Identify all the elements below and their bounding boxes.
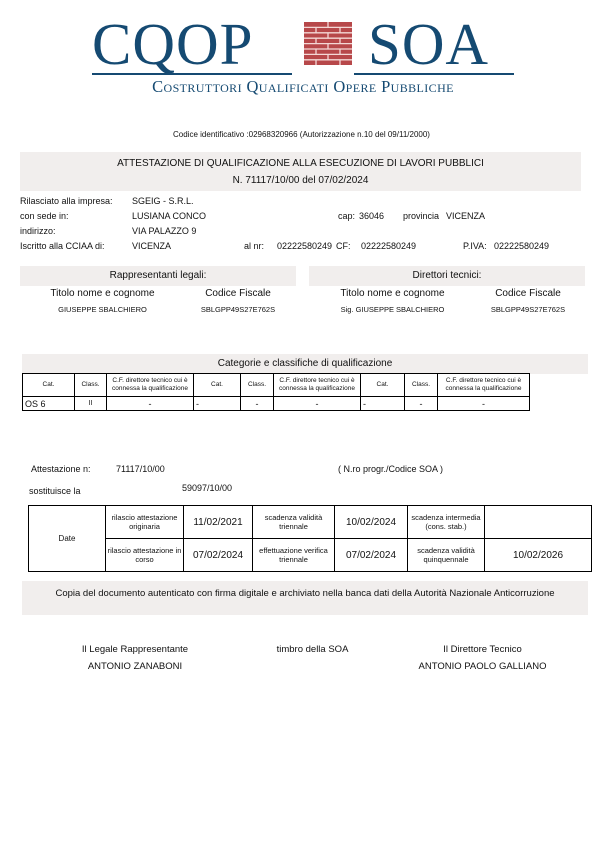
soa-stamp-label: timbro della SOA (250, 644, 375, 655)
logo-subtitle: Costruttori Qualificati Opere Pubbliche (92, 77, 514, 97)
impresa-label: Rilasciato alla impresa: (20, 196, 113, 206)
legal-reps-col-name: Titolo nome e cognome (30, 288, 175, 299)
current-label: rilascio attestazione in corso (106, 539, 184, 572)
sede-value: LUSIANA CONCO (132, 211, 206, 221)
legal-reps-col-cf: Codice Fiscale (188, 288, 288, 299)
col-cf-director: C.F. direttore tecnico cui è connessa la… (107, 374, 194, 397)
current-value: 07/02/2024 (184, 539, 253, 572)
cell-class: - (405, 397, 438, 411)
attestation-progr-label: ( N.ro progr./Codice SOA ) (338, 464, 443, 474)
triennial-check-label: effettuazione verifica triennale (253, 539, 335, 572)
cell-cat: - (361, 397, 405, 411)
cciaa-label: Iscritto alla CCIAA di: (20, 241, 105, 251)
tech-director-name: Sig. GIUSEPPE SBALCHIERO (320, 305, 465, 314)
piva-value: 02222580249 (494, 241, 549, 251)
cell-class: - (241, 397, 274, 411)
legal-rep-signature-title: Il Legale Rappresentante (60, 644, 210, 655)
five-year-label: scadenza validità quinquennale (408, 539, 485, 572)
identification-code: Codice identificativo :02968320966 (Auto… (0, 130, 603, 139)
original-label: rilascio attestazione originaria (106, 506, 184, 539)
legal-rep-cf: SBLGPP49S27E762S (188, 305, 288, 314)
attestation-n-value: 71117/10/00 (116, 464, 165, 474)
col-cf-director: C.F. direttore tecnico cui è connessa la… (438, 374, 530, 397)
provincia-value: VICENZA (446, 211, 485, 221)
col-cat: Cat. (23, 374, 75, 397)
col-cf-director: C.F. direttore tecnico cui è connessa la… (274, 374, 361, 397)
table-row: OS 6 II - - - - - - - (23, 397, 530, 411)
director-signature-name: ANTONIO PAOLO GALLIANO (410, 661, 555, 672)
replaces-value: 59097/10/00 (182, 483, 232, 493)
cell-class: II (75, 397, 107, 411)
sede-label: con sede in: (20, 211, 69, 221)
brick-wall-icon (304, 22, 352, 65)
cf-value: 02222580249 (361, 241, 416, 251)
cf-label: CF: (336, 241, 351, 251)
logo-rule-left (92, 73, 292, 75)
categories-table: Cat. Class. C.F. direttore tecnico cui è… (22, 373, 530, 411)
anac-note: Copia del documento autenticato con firm… (22, 581, 588, 615)
table-row: rilascio attestazione in corso 07/02/202… (29, 539, 592, 572)
cap-label: cap: (338, 211, 355, 221)
triennial-check-value: 07/02/2024 (335, 539, 408, 572)
attestation-n-label: Attestazione n: (31, 464, 91, 474)
tech-directors-col-name: Titolo nome e cognome (320, 288, 465, 299)
indirizzo-value: VIA PALAZZO 9 (132, 226, 196, 236)
legal-reps-heading: Rappresentanti legali: (20, 266, 296, 286)
tech-directors-col-cf: Codice Fiscale (478, 288, 578, 299)
dates-table: Date rilascio attestazione originaria 11… (28, 505, 592, 572)
logo: CQOP SOA (92, 14, 512, 74)
indirizzo-label: indirizzo: (20, 226, 56, 236)
col-class: Class. (241, 374, 274, 397)
triennial-expiry-label: scadenza validità triennale (253, 506, 335, 539)
piva-label: P.IVA: (463, 241, 487, 251)
cap-value: 36046 (359, 211, 384, 221)
logo-rule-right (354, 73, 514, 75)
categories-header-row: Cat. Class. C.F. direttore tecnico cui è… (23, 374, 530, 397)
nr-label: al nr: (244, 241, 264, 251)
col-cat: Cat. (194, 374, 241, 397)
document-title: ATTESTAZIONE DI QUALIFICAZIONE ALLA ESEC… (20, 158, 581, 169)
director-signature-title: Il Direttore Tecnico (410, 644, 555, 655)
col-class: Class. (405, 374, 438, 397)
replaces-label: sostituisce la (29, 486, 81, 496)
five-year-value: 10/02/2026 (485, 539, 592, 572)
table-row: Date rilascio attestazione originaria 11… (29, 506, 592, 539)
document-title-box: ATTESTAZIONE DI QUALIFICAZIONE ALLA ESEC… (20, 152, 581, 191)
original-value: 11/02/2021 (184, 506, 253, 539)
tech-directors-heading: Direttori tecnici: (309, 266, 585, 286)
logo-left-text: CQOP (92, 14, 253, 74)
dates-label: Date (29, 506, 106, 572)
triennial-expiry-value: 10/02/2024 (335, 506, 408, 539)
impresa-value: SGEIG - S.R.L. (132, 196, 194, 206)
col-cat: Cat. (361, 374, 405, 397)
legal-rep-signature-name: ANTONIO ZANABONI (60, 661, 210, 672)
tech-director-cf: SBLGPP49S27E762S (478, 305, 578, 314)
cell-cat: - (194, 397, 241, 411)
cell-cf: - (274, 397, 361, 411)
cell-cf: - (438, 397, 530, 411)
cell-cat: OS 6 (23, 397, 75, 411)
intermediate-label: scadenza intermedia (cons. stab.) (408, 506, 485, 539)
legal-rep-name: GIUSEPPE SBALCHIERO (30, 305, 175, 314)
intermediate-value (485, 506, 592, 539)
logo-right-text: SOA (368, 14, 489, 74)
cciaa-value: VICENZA (132, 241, 171, 251)
cell-cf: - (107, 397, 194, 411)
col-class: Class. (75, 374, 107, 397)
nr-value: 02222580249 (277, 241, 332, 251)
provincia-label: provincia (403, 211, 439, 221)
categories-heading: Categorie e classifiche di qualificazion… (22, 354, 588, 374)
document-number: N. 71117/10/00 del 07/02/2024 (20, 175, 581, 186)
